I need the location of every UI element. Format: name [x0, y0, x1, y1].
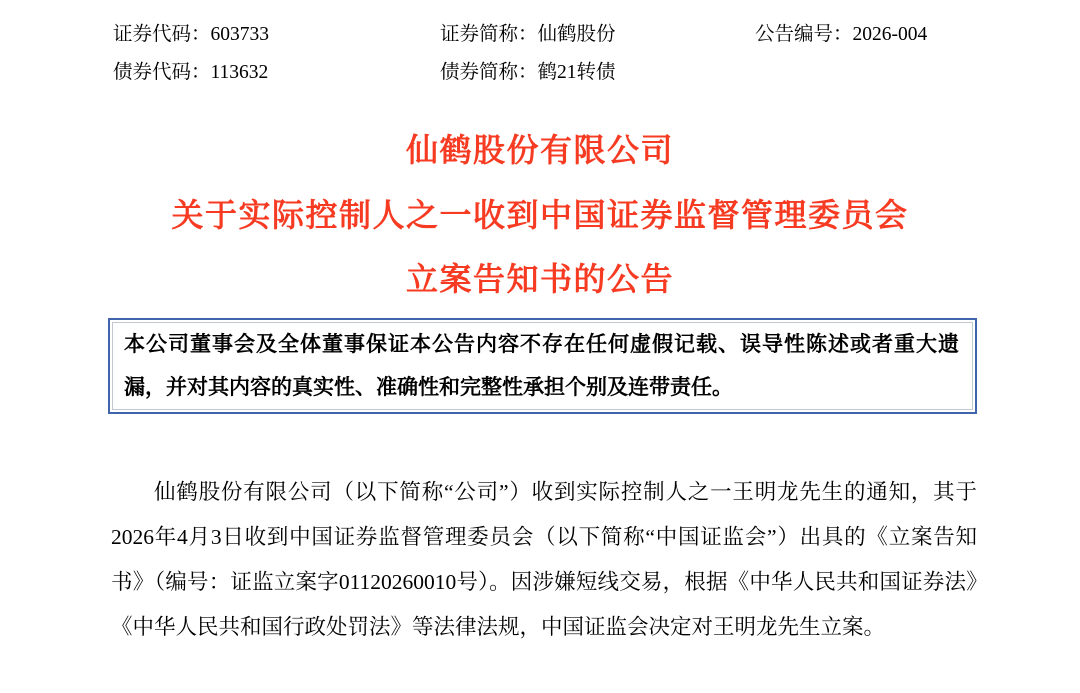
- disclaimer-text: 本公司董事会及全体董事保证本公告内容不存在任何虚假记载、误导性陈述或者重大遗漏，…: [124, 323, 959, 409]
- stock-name-label: 证券简称: [440, 24, 518, 45]
- separator: ：: [833, 24, 853, 45]
- announcement-number-label: 公告编号: [755, 24, 833, 45]
- announcement-subject-title: 关于实际控制人之一收到中国证券监督管理委员会: [0, 183, 1080, 248]
- announcement-page: 证券代码：603733 证券简称：仙鹤股份 公告编号：2026-004 债券代码…: [0, 0, 1080, 693]
- header-row-securities: 证券代码：603733 证券简称：仙鹤股份 公告编号：2026-004: [113, 13, 980, 51]
- bond-code-value: 113632: [211, 62, 269, 83]
- announcement-title: 仙鹤股份有限公司 关于实际控制人之一收到中国证券监督管理委员会 立案告知书的公告: [0, 118, 1080, 312]
- stock-code: 证券代码：603733: [113, 18, 440, 46]
- bond-code-label: 债券代码: [113, 62, 191, 83]
- header-row-bonds: 债券代码：113632 债券简称：鹤21转债: [113, 51, 980, 89]
- separator: ：: [518, 24, 538, 45]
- stock-code-value: 603733: [211, 24, 270, 45]
- bond-name: 债券简称：鹤21转债: [440, 56, 755, 84]
- announcement-number: 公告编号：2026-004: [755, 18, 980, 46]
- stock-code-label: 证券代码: [113, 24, 191, 45]
- separator: ：: [191, 24, 211, 45]
- disclaimer-box: 本公司董事会及全体董事保证本公告内容不存在任何虚假记载、误导性陈述或者重大遗漏，…: [108, 318, 977, 414]
- announcement-number-value: 2026-004: [853, 24, 928, 45]
- announcement-type-title: 立案告知书的公告: [0, 247, 1080, 312]
- bond-name-label: 债券简称: [440, 62, 518, 83]
- bond-code: 债券代码：113632: [113, 56, 440, 84]
- bond-name-value: 鹤21转债: [538, 62, 616, 83]
- announcement-body: 仙鹤股份有限公司（以下简称“公司”）收到实际控制人之一王明龙先生的通知，其于20…: [111, 470, 977, 650]
- stock-name: 证券简称：仙鹤股份: [440, 18, 755, 46]
- separator: ：: [518, 62, 538, 83]
- company-name-title: 仙鹤股份有限公司: [0, 118, 1080, 183]
- body-paragraph: 仙鹤股份有限公司（以下简称“公司”）收到实际控制人之一王明龙先生的通知，其于20…: [111, 470, 977, 650]
- separator: ：: [191, 62, 211, 83]
- stock-name-value: 仙鹤股份: [538, 24, 616, 45]
- document-header: 证券代码：603733 证券简称：仙鹤股份 公告编号：2026-004 债券代码…: [113, 13, 980, 89]
